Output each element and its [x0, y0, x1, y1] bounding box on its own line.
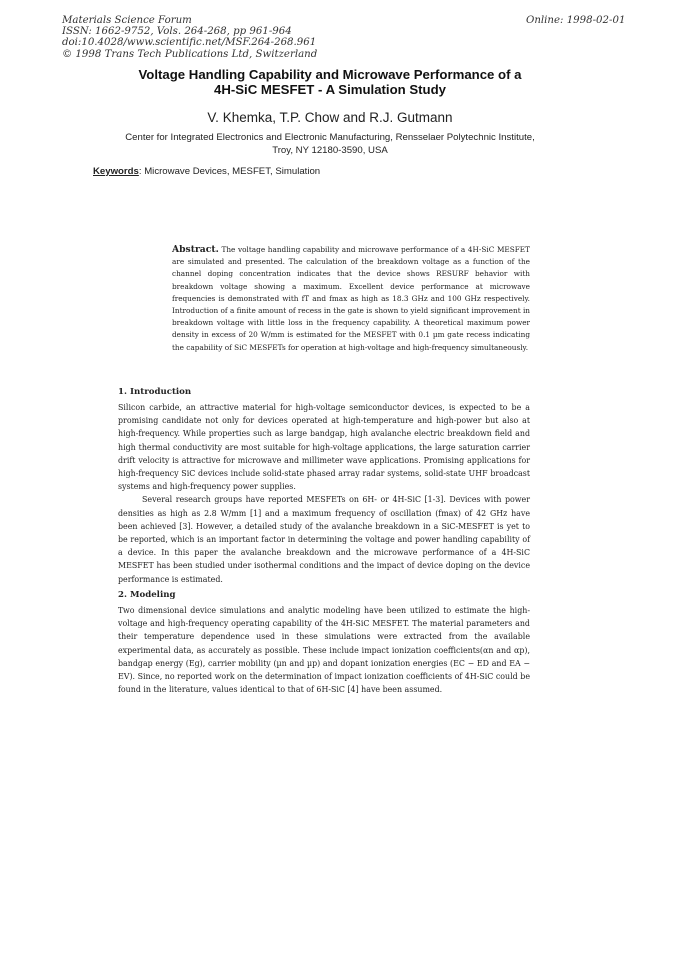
paragraph: Several research groups have reported ME… — [118, 493, 530, 585]
section-introduction: 1. Introduction Silicon carbide, an attr… — [118, 386, 530, 586]
abstract-label: Abstract. — [172, 244, 219, 255]
section-heading: 2. Modeling — [118, 589, 530, 601]
keywords-list: : Microwave Devices, MESFET, Simulation — [139, 166, 320, 177]
copyright-line: © 1998 Trans Tech Publications Ltd, Swit… — [62, 49, 317, 60]
keywords: Keywords: Microwave Devices, MESFET, Sim… — [93, 166, 320, 177]
issn-line: ISSN: 1662-9752, Vols. 264-268, pp 961-9… — [62, 26, 317, 37]
journal-name: Materials Science Forum — [62, 15, 317, 26]
affiliation: Center for Integrated Electronics and El… — [60, 132, 600, 157]
doi-line: doi:10.4028/www.scientific.net/MSF.264-2… — [62, 37, 317, 48]
section-heading: 1. Introduction — [118, 386, 530, 398]
affiliation-line-1: Center for Integrated Electronics and El… — [60, 132, 600, 145]
section-modeling: 2. Modeling Two dimensional device simul… — [118, 589, 530, 696]
title-line-1: Voltage Handling Capability and Microwav… — [80, 67, 580, 82]
online-date: Online: 1998-02-01 — [526, 15, 625, 26]
abstract-text: The voltage handling capability and micr… — [172, 245, 530, 352]
paragraph: Two dimensional device simulations and a… — [118, 604, 530, 696]
journal-header: Materials Science Forum ISSN: 1662-9752,… — [62, 15, 317, 60]
authors: V. Khemka, T.P. Chow and R.J. Gutmann — [80, 110, 580, 125]
affiliation-line-2: Troy, NY 12180-3590, USA — [60, 145, 600, 158]
paragraph: Silicon carbide, an attractive material … — [118, 401, 530, 493]
title-line-2: 4H-SiC MESFET - A Simulation Study — [80, 82, 580, 97]
abstract: Abstract. The voltage handling capabilit… — [172, 244, 530, 354]
keywords-label: Keywords — [93, 166, 139, 177]
paper-title: Voltage Handling Capability and Microwav… — [80, 67, 580, 97]
